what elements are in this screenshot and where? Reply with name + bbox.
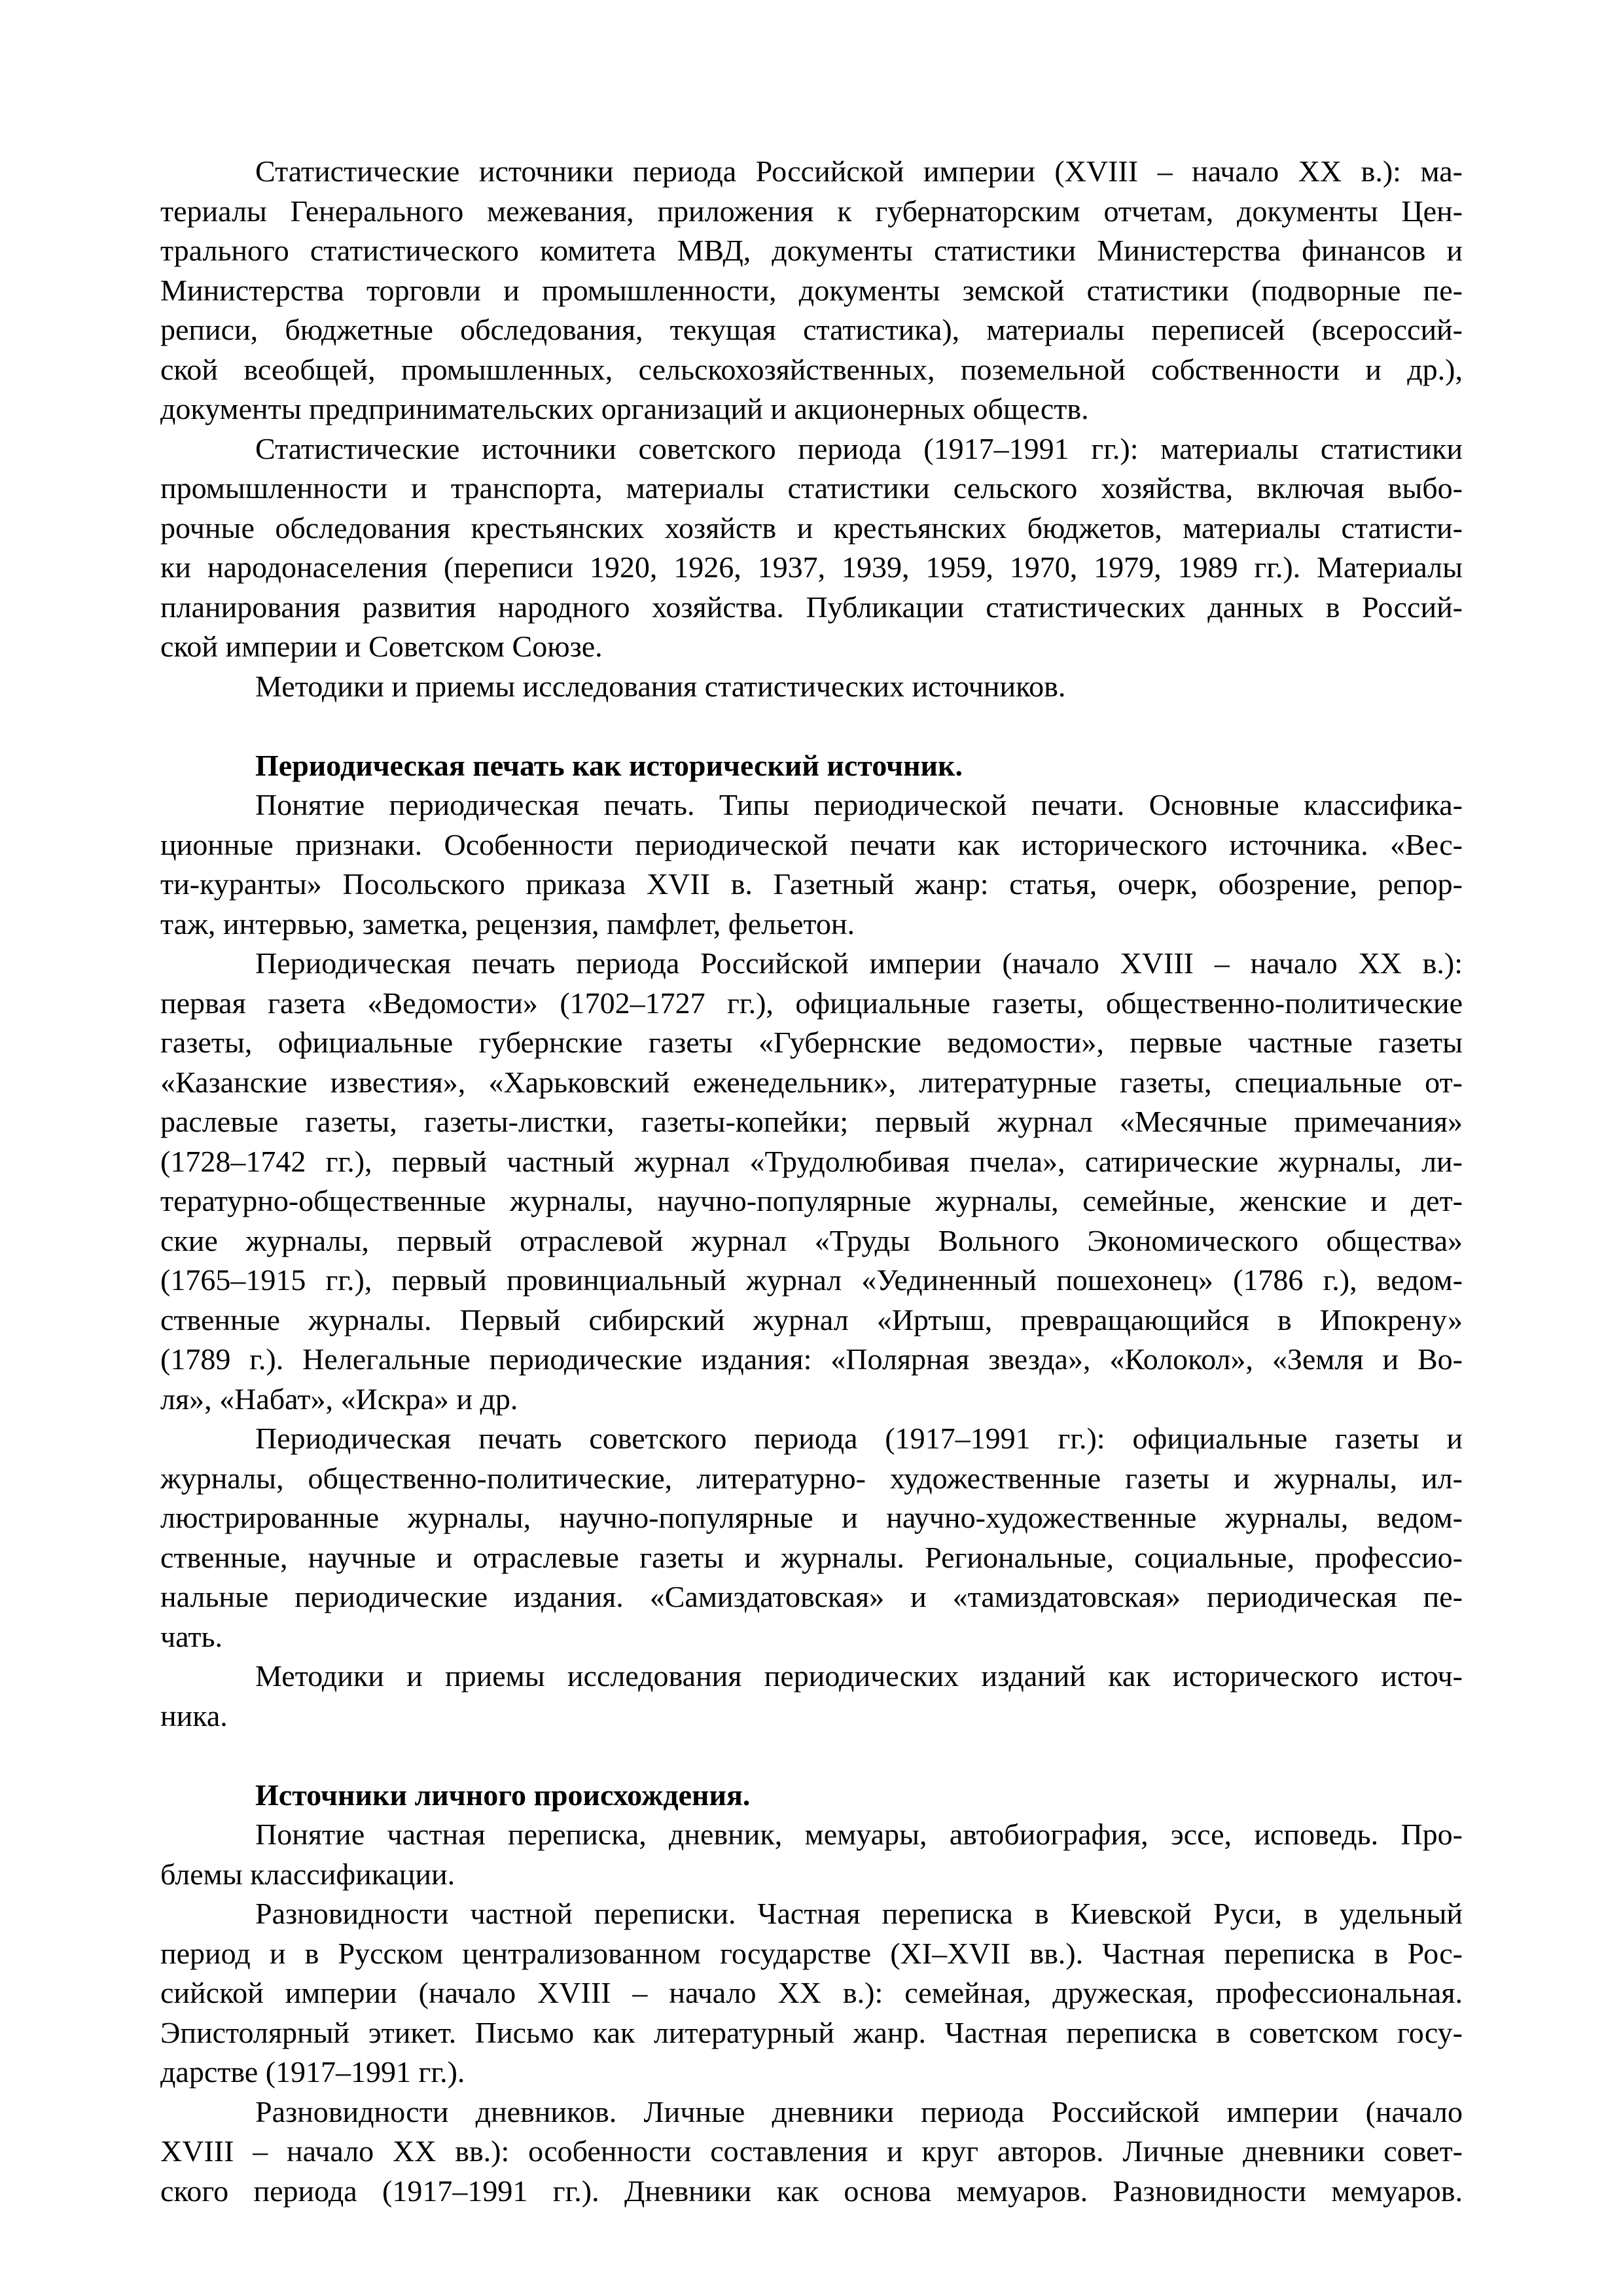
text-line: газеты, официальные губернские газеты «Г…: [160, 1023, 1463, 1063]
text-line: дарстве (1917–1991 гг.).: [160, 2053, 1463, 2092]
text-line: ки народонаселения (переписи 1920, 1926,…: [160, 548, 1463, 588]
text-line: Периодическая печать советского периода …: [160, 1419, 1463, 1459]
text-line: чать.: [160, 1617, 1463, 1657]
paragraph-statistical-imperial: Статистические источники периода Российс…: [160, 152, 1463, 429]
section-gap: [160, 1736, 1463, 1776]
text-line: журналы, общественно-политические, литер…: [160, 1459, 1463, 1499]
paragraph-periodicals-soviet: Периодическая печать советского периода …: [160, 1419, 1463, 1657]
text-line: (1728–1742 гг.), первый частный журнал «…: [160, 1142, 1463, 1182]
text-line: ского периода (1917–1991 гг.). Дневники …: [160, 2172, 1463, 2212]
text-line: ля», «Набат», «Искра» и др.: [160, 1380, 1463, 1420]
text-line: реписи, бюджетные обследования, текущая …: [160, 310, 1463, 350]
text-line: (1789 г.). Нелегальные периодические изд…: [160, 1340, 1463, 1380]
text-line: ской всеобщей, промышленных, сельскохозя…: [160, 350, 1463, 390]
text-line: Эпистолярный этикет. Письмо как литерату…: [160, 2013, 1463, 2053]
text-line: XVIII – начало XX вв.): особенности сост…: [160, 2132, 1463, 2172]
text-line: Статистические источники периода Российс…: [160, 152, 1463, 192]
paragraph-personal-correspondence: Разновидности частной переписки. Частная…: [160, 1894, 1463, 2092]
text-line: промышленности и транспорта, материалы с…: [160, 469, 1463, 509]
text-line: ционные признаки. Особенности периодичес…: [160, 825, 1463, 865]
text-line: ственные журналы. Первый сибирский журна…: [160, 1300, 1463, 1340]
paragraph-personal-concept: Понятие частная переписка, дневник, мему…: [160, 1815, 1463, 1894]
paragraph-personal-diaries: Разновидности дневников. Личные дневники…: [160, 2092, 1463, 2212]
paragraph-statistical-soviet: Статистические источники советского пери…: [160, 429, 1463, 667]
text-line: Понятие периодическая печать. Типы перио…: [160, 785, 1463, 825]
text-line: Методики и приемы исследования периодиче…: [160, 1657, 1463, 1696]
text-line: планирования развития народного хозяйств…: [160, 588, 1463, 628]
text-line: ти-куранты» Посольского приказа XVII в. …: [160, 865, 1463, 905]
paragraph-periodicals-imperial: Периодическая печать периода Российской …: [160, 944, 1463, 1419]
text-line: сийской империи (начало XVIII – начало X…: [160, 1973, 1463, 2013]
text-line: ника.: [160, 1696, 1463, 1736]
text-line: (1765–1915 гг.), первый провинциальный ж…: [160, 1261, 1463, 1300]
section-heading-personal: Источники личного происхождения.: [160, 1776, 1463, 1816]
section-heading-periodicals: Периодическая печать как исторический ис…: [160, 746, 1463, 786]
text-line: Министерства торговли и промышленности, …: [160, 271, 1463, 311]
text-line: «Казанские известия», «Харьковский ежене…: [160, 1063, 1463, 1103]
text-line: блемы классификации.: [160, 1855, 1463, 1895]
text-line: нальные периодические издания. «Самиздат…: [160, 1577, 1463, 1617]
text-line: первая газета «Ведомости» (1702–1727 гг.…: [160, 984, 1463, 1024]
text-line: раслевые газеты, газеты-листки, газеты-к…: [160, 1102, 1463, 1142]
text-line: люстрированные журналы, научно-популярны…: [160, 1498, 1463, 1538]
document-page: Статистические источники периода Российс…: [160, 152, 1463, 2211]
text-line: период и в Русском централизованном госу…: [160, 1934, 1463, 1974]
text-line: ские журналы, первый отраслевой журнал «…: [160, 1221, 1463, 1261]
text-line: рочные обследования крестьянских хозяйст…: [160, 509, 1463, 548]
text-line: Разновидности частной переписки. Частная…: [160, 1894, 1463, 1934]
text-line: Периодическая печать периода Российской …: [160, 944, 1463, 984]
text-line: Статистические источники советского пери…: [160, 429, 1463, 469]
paragraph-periodicals-concept: Понятие периодическая печать. Типы перио…: [160, 785, 1463, 944]
text-line: Методики и приемы исследования статистич…: [160, 667, 1463, 707]
text-line: документы предпринимательских организаци…: [160, 389, 1463, 429]
text-line: ственные, научные и отраслевые газеты и …: [160, 1538, 1463, 1578]
text-line: тературно-общественные журналы, научно-п…: [160, 1181, 1463, 1221]
text-line: таж, интервью, заметка, рецензия, памфле…: [160, 905, 1463, 944]
text-line: ской империи и Советском Союзе.: [160, 627, 1463, 667]
text-line: трального статистического комитета МВД, …: [160, 231, 1463, 271]
paragraph-statistical-methods: Методики и приемы исследования статистич…: [160, 667, 1463, 707]
text-line: Разновидности дневников. Личные дневники…: [160, 2092, 1463, 2132]
paragraph-periodicals-methods: Методики и приемы исследования периодиче…: [160, 1657, 1463, 1736]
text-line: Понятие частная переписка, дневник, мему…: [160, 1815, 1463, 1855]
section-gap: [160, 706, 1463, 746]
text-line: териалы Генерального межевания, приложен…: [160, 192, 1463, 232]
